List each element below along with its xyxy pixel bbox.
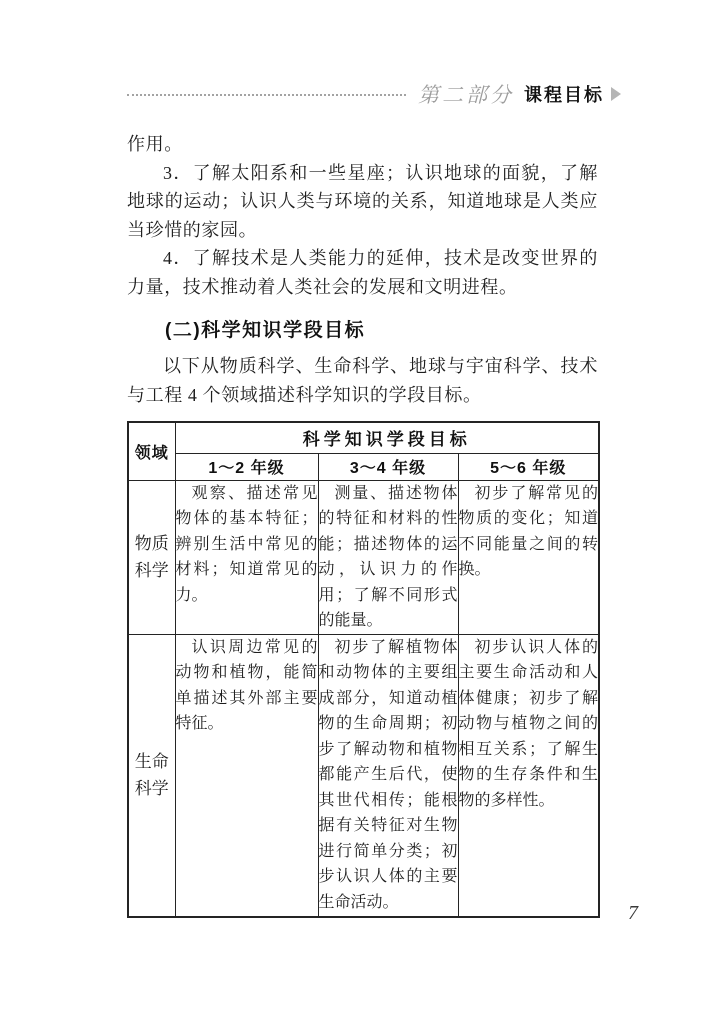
- header-dotted-line: [127, 94, 406, 96]
- goal-cell-life-3-4: 初步了解植物体和动物体的主要组成部分，知道动植物的生命周期；初步了解动物和植物都…: [318, 634, 458, 917]
- goal-cell-matter-3-4: 测量、描述物体的特征和材料的性能；描述物体的运动，认识力的作用；了解不同形式的能…: [318, 480, 458, 634]
- domain-cell-matter-science: 物质科学: [128, 480, 175, 634]
- table-header-row-1: 领域 科学知识学段目标: [128, 422, 599, 453]
- goal-text: 观察、描述常见物体的基本特征；辨别生活中常见的材料；知道常见的力。: [176, 481, 318, 609]
- paragraph-item-4: 4．了解技术是人类能力的延伸，技术是改变世界的力量，技术推动着人类社会的发展和文…: [127, 244, 598, 301]
- goal-text: 初步了解植物体和动物体的主要组成部分，知道动植物的生命周期；初步了解动物和植物都…: [319, 635, 458, 916]
- page-content: 作用。 3．了解太阳系和一些星座；认识地球的面貌，了解地球的运动；认识人类与环境…: [127, 130, 598, 918]
- triangle-right-icon: [611, 87, 621, 101]
- goal-text: 认识周边常见的动物和植物，能简单描述其外部主要特征。: [176, 635, 318, 737]
- table-header-grade-1-2: 1～2 年级: [175, 453, 318, 480]
- table-header-grade-3-4: 3～4 年级: [318, 453, 458, 480]
- goal-cell-life-5-6: 初步认识人体的主要生命活动和人体健康；初步了解动物与植物之间的相互关系；了解生物…: [458, 634, 599, 917]
- intro-paragraph: 以下从物质科学、生命科学、地球与宇宙科学、技术与工程 4 个领域描述科学知识的学…: [127, 352, 598, 409]
- section-title: 课程目标: [524, 81, 604, 107]
- table-header-row-2: 1～2 年级 3～4 年级 5～6 年级: [128, 453, 599, 480]
- page-number: 7: [628, 902, 638, 925]
- domain-cell-life-science: 生命科学: [128, 634, 175, 917]
- goal-text: 初步了解常见的物质的变化；知道不同能量之间的转换。: [459, 481, 599, 583]
- table-header-domain: 领域: [128, 422, 175, 480]
- goal-cell-matter-1-2: 观察、描述常见物体的基本特征；辨别生活中常见的材料；知道常见的力。: [175, 480, 318, 634]
- document-page: 第二部分 课程目标 作用。 3．了解太阳系和一些星座；认识地球的面貌，了解地球的…: [0, 0, 722, 1020]
- table-row-life-science: 生命科学 认识周边常见的动物和植物，能简单描述其外部主要特征。 初步了解植物体和…: [128, 634, 599, 917]
- section-label: 第二部分: [418, 79, 514, 109]
- goal-cell-matter-5-6: 初步了解常见的物质的变化；知道不同能量之间的转换。: [458, 480, 599, 634]
- goal-text: 测量、描述物体的特征和材料的性能；描述物体的运动，认识力的作用；了解不同形式的能…: [319, 481, 458, 634]
- subsection-heading: (二)科学知识学段目标: [127, 315, 598, 342]
- table-row-matter-science: 物质科学 观察、描述常见物体的基本特征；辨别生活中常见的材料；知道常见的力。 测…: [128, 480, 599, 634]
- science-knowledge-goals-table: 领域 科学知识学段目标 1～2 年级 3～4 年级 5～6 年级 物质科学 观察…: [127, 421, 600, 918]
- running-header: 第二部分 课程目标: [127, 83, 621, 105]
- table-header-group: 科学知识学段目标: [175, 422, 599, 453]
- goal-cell-life-1-2: 认识周边常见的动物和植物，能简单描述其外部主要特征。: [175, 634, 318, 917]
- goal-text: 初步认识人体的主要生命活动和人体健康；初步了解动物与植物之间的相互关系；了解生物…: [459, 635, 599, 814]
- paragraph-continuation: 作用。: [127, 130, 598, 159]
- paragraph-item-3: 3．了解太阳系和一些星座；认识地球的面貌，了解地球的运动；认识人类与环境的关系，…: [127, 159, 598, 245]
- table-header-grade-5-6: 5～6 年级: [458, 453, 599, 480]
